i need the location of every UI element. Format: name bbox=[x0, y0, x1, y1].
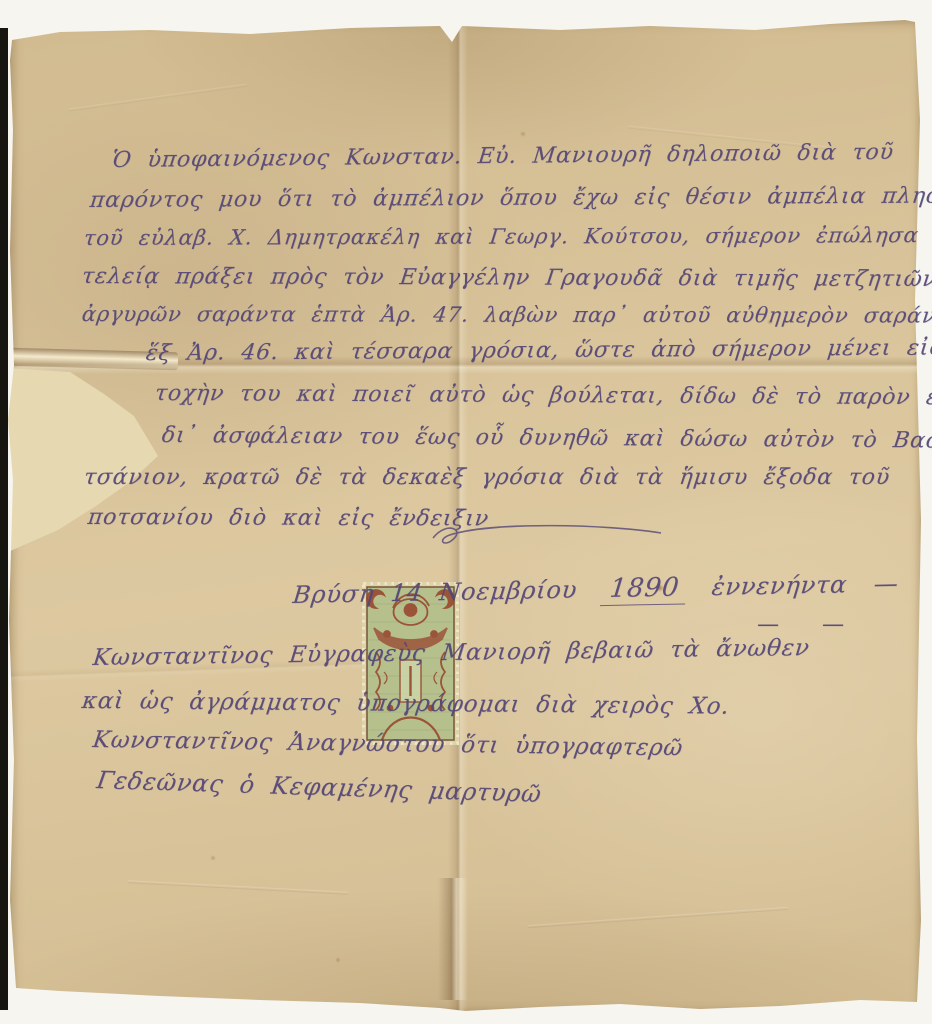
dateline-place-day-month: Βρύση 14 Νοεμβρίου bbox=[292, 576, 579, 609]
handwriting-line-6: ἕξ Ἀρ. 46. καὶ τέσσαρα γρόσια, ὥστε ἀπὸ … bbox=[145, 335, 932, 366]
scanner-edge-strip bbox=[0, 28, 8, 1010]
handwriting-line-5: ἀργυρῶν σαράντα ἑπτὰ Ἀρ. 47. λαβὼν παρ᾽ … bbox=[81, 302, 932, 328]
handwriting-line-7: τοχὴν του καὶ ποιεῖ αὐτὸ ὡς βούλεται, δί… bbox=[153, 381, 932, 411]
wrinkle-line bbox=[528, 907, 788, 928]
handwriting-line-4: τελείᾳ πράξει πρὸς τὸν Εὐαγγέλην Γραγουδ… bbox=[80, 264, 932, 292]
wrinkle-line bbox=[128, 880, 348, 895]
wrinkle-line bbox=[69, 83, 248, 111]
dateline-year: 1890 bbox=[600, 572, 689, 606]
bottom-fold-shadow bbox=[438, 878, 468, 1000]
dateline-year-in-words: ἐννενήντα bbox=[710, 570, 848, 601]
dateline-extra-dashes: — — bbox=[757, 612, 858, 637]
torn-edge-patch bbox=[8, 364, 168, 564]
handwriting-line-2: παρόντος μου ὅτι τὸ ἀμπέλιον ὅπου ἔχω εἰ… bbox=[89, 183, 932, 213]
handwriting-line-9: τσάνιον, κρατῶ δὲ τὰ δεκαὲξ γρόσια διὰ τ… bbox=[82, 465, 891, 490]
dateline-dash: — bbox=[872, 569, 905, 598]
handwriting-line-3: τοῦ εὐλαβ. Χ. Δημητρακέλη καὶ Γεωργ. Κού… bbox=[83, 223, 932, 250]
closing-flourish bbox=[425, 512, 665, 552]
scanned-document: Ὁ ὑποφαινόμενος Κωνσταν. Εὐ. Μανιουρῆ δη… bbox=[0, 0, 932, 1024]
